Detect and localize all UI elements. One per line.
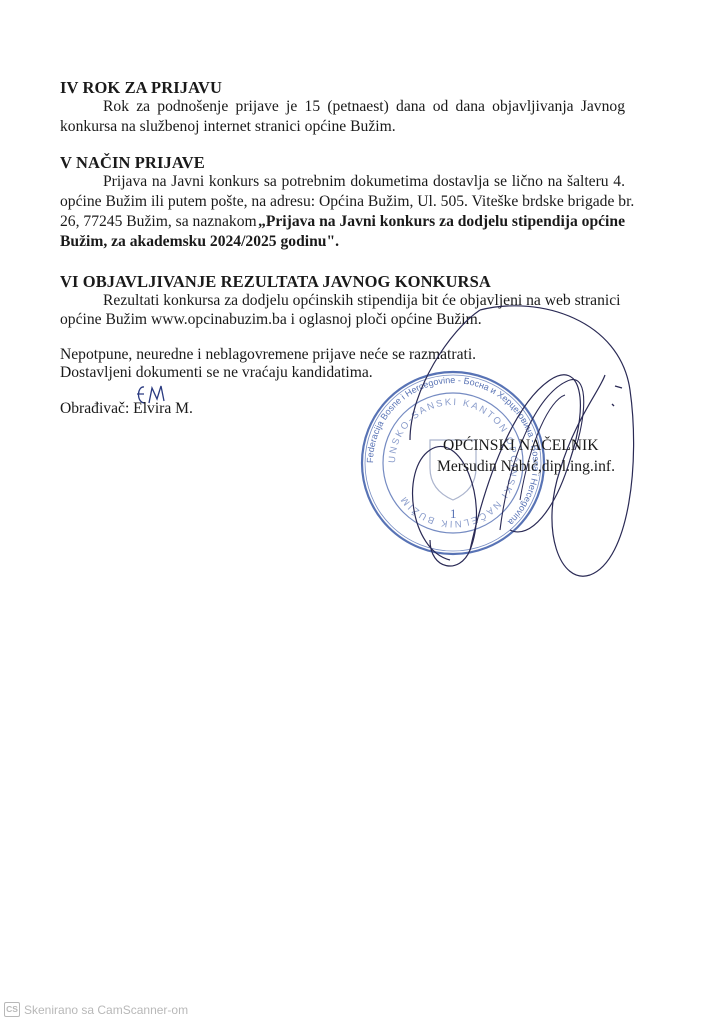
paragraph-line: Rok za podnošenje prijave je 15 (petnaes… — [103, 98, 625, 116]
mayor-name: Mersudin Nabić,dipl.ing.inf. — [437, 458, 615, 476]
application-label-bold: Bužim, za akademsku 2024/2025 godinu". — [60, 233, 339, 251]
paragraph-line: Prijava na Javni konkurs sa potrebnim do… — [103, 173, 625, 191]
section-heading-objavljivanje: VI OBJAVLJIVANJE REZULTATA JAVNOG KONKUR… — [60, 272, 491, 292]
document-page: IV ROK ZA PRIJAVU Rok za podnošenje prij… — [0, 0, 710, 1024]
paragraph-line: konkursa na službenoj internet stranici … — [60, 118, 396, 136]
scanner-watermark: CS Skenirano sa CamScanner-om — [4, 1002, 188, 1017]
section-heading-nacin: V NAČIN PRIJAVE — [60, 153, 205, 173]
note-line: Dostavljeni dokumenti se ne vraćaju kand… — [60, 364, 373, 382]
application-label-bold: „Prijava na Javni konkurs za dodjelu sti… — [258, 213, 625, 231]
watermark-text: Skenirano sa CamScanner-om — [24, 1003, 188, 1017]
address-text: 26, 77245 Bužim, sa naznakom — [60, 213, 257, 231]
camscanner-logo-icon: CS — [4, 1002, 20, 1017]
section-heading-rok: IV ROK ZA PRIJAVU — [60, 78, 222, 98]
mayor-title: OPĆINSKI NAČELNIK — [443, 437, 599, 455]
paragraph-line: općine Bužim ili putem pošte, na adresu:… — [60, 193, 625, 211]
paragraph-line: 26, 77245 Bužim, sa naznakom „Prijava na… — [60, 213, 625, 231]
prepared-by: Obrađivač: Elvira M. — [60, 400, 193, 418]
